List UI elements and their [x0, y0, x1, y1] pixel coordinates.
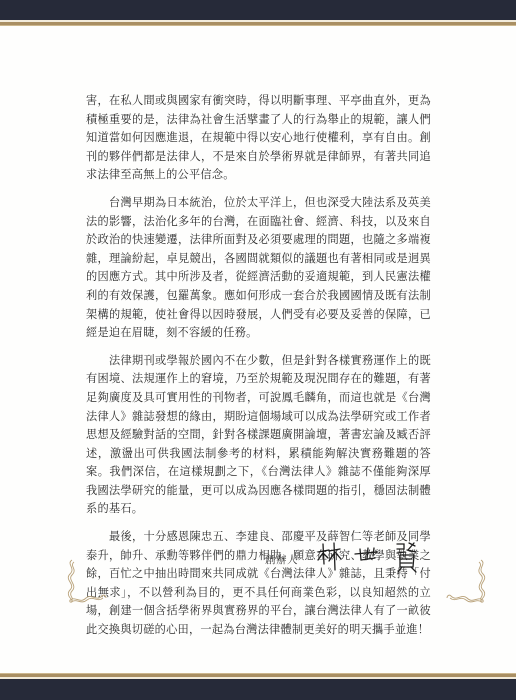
header-band — [0, 0, 516, 20]
corner-flourish-left-icon — [60, 558, 108, 606]
corner-flourish-right-icon — [445, 558, 493, 606]
paragraph-1: 害，在私人間或與國家有衝突時，得以明斷事理、平亭曲直外，更為積極重要的是，法律為… — [86, 92, 431, 185]
signature-label: 創辦人 — [265, 552, 298, 567]
header-rule-gold-light — [0, 25, 516, 26]
handwritten-signature-icon — [315, 540, 425, 574]
paragraph-3: 法律期刊或學報於國內不在少數，但是針對各樣實務運作上的既有困境、法規運作上的窘境… — [86, 352, 431, 519]
footer-band — [0, 679, 516, 700]
paragraph-2: 台灣早期為日本統治，位於太平洋上，但也深受大陸法系及英美法的影響，法治化多年的台… — [86, 194, 431, 343]
signature-block: 創辦人 — [265, 540, 425, 580]
